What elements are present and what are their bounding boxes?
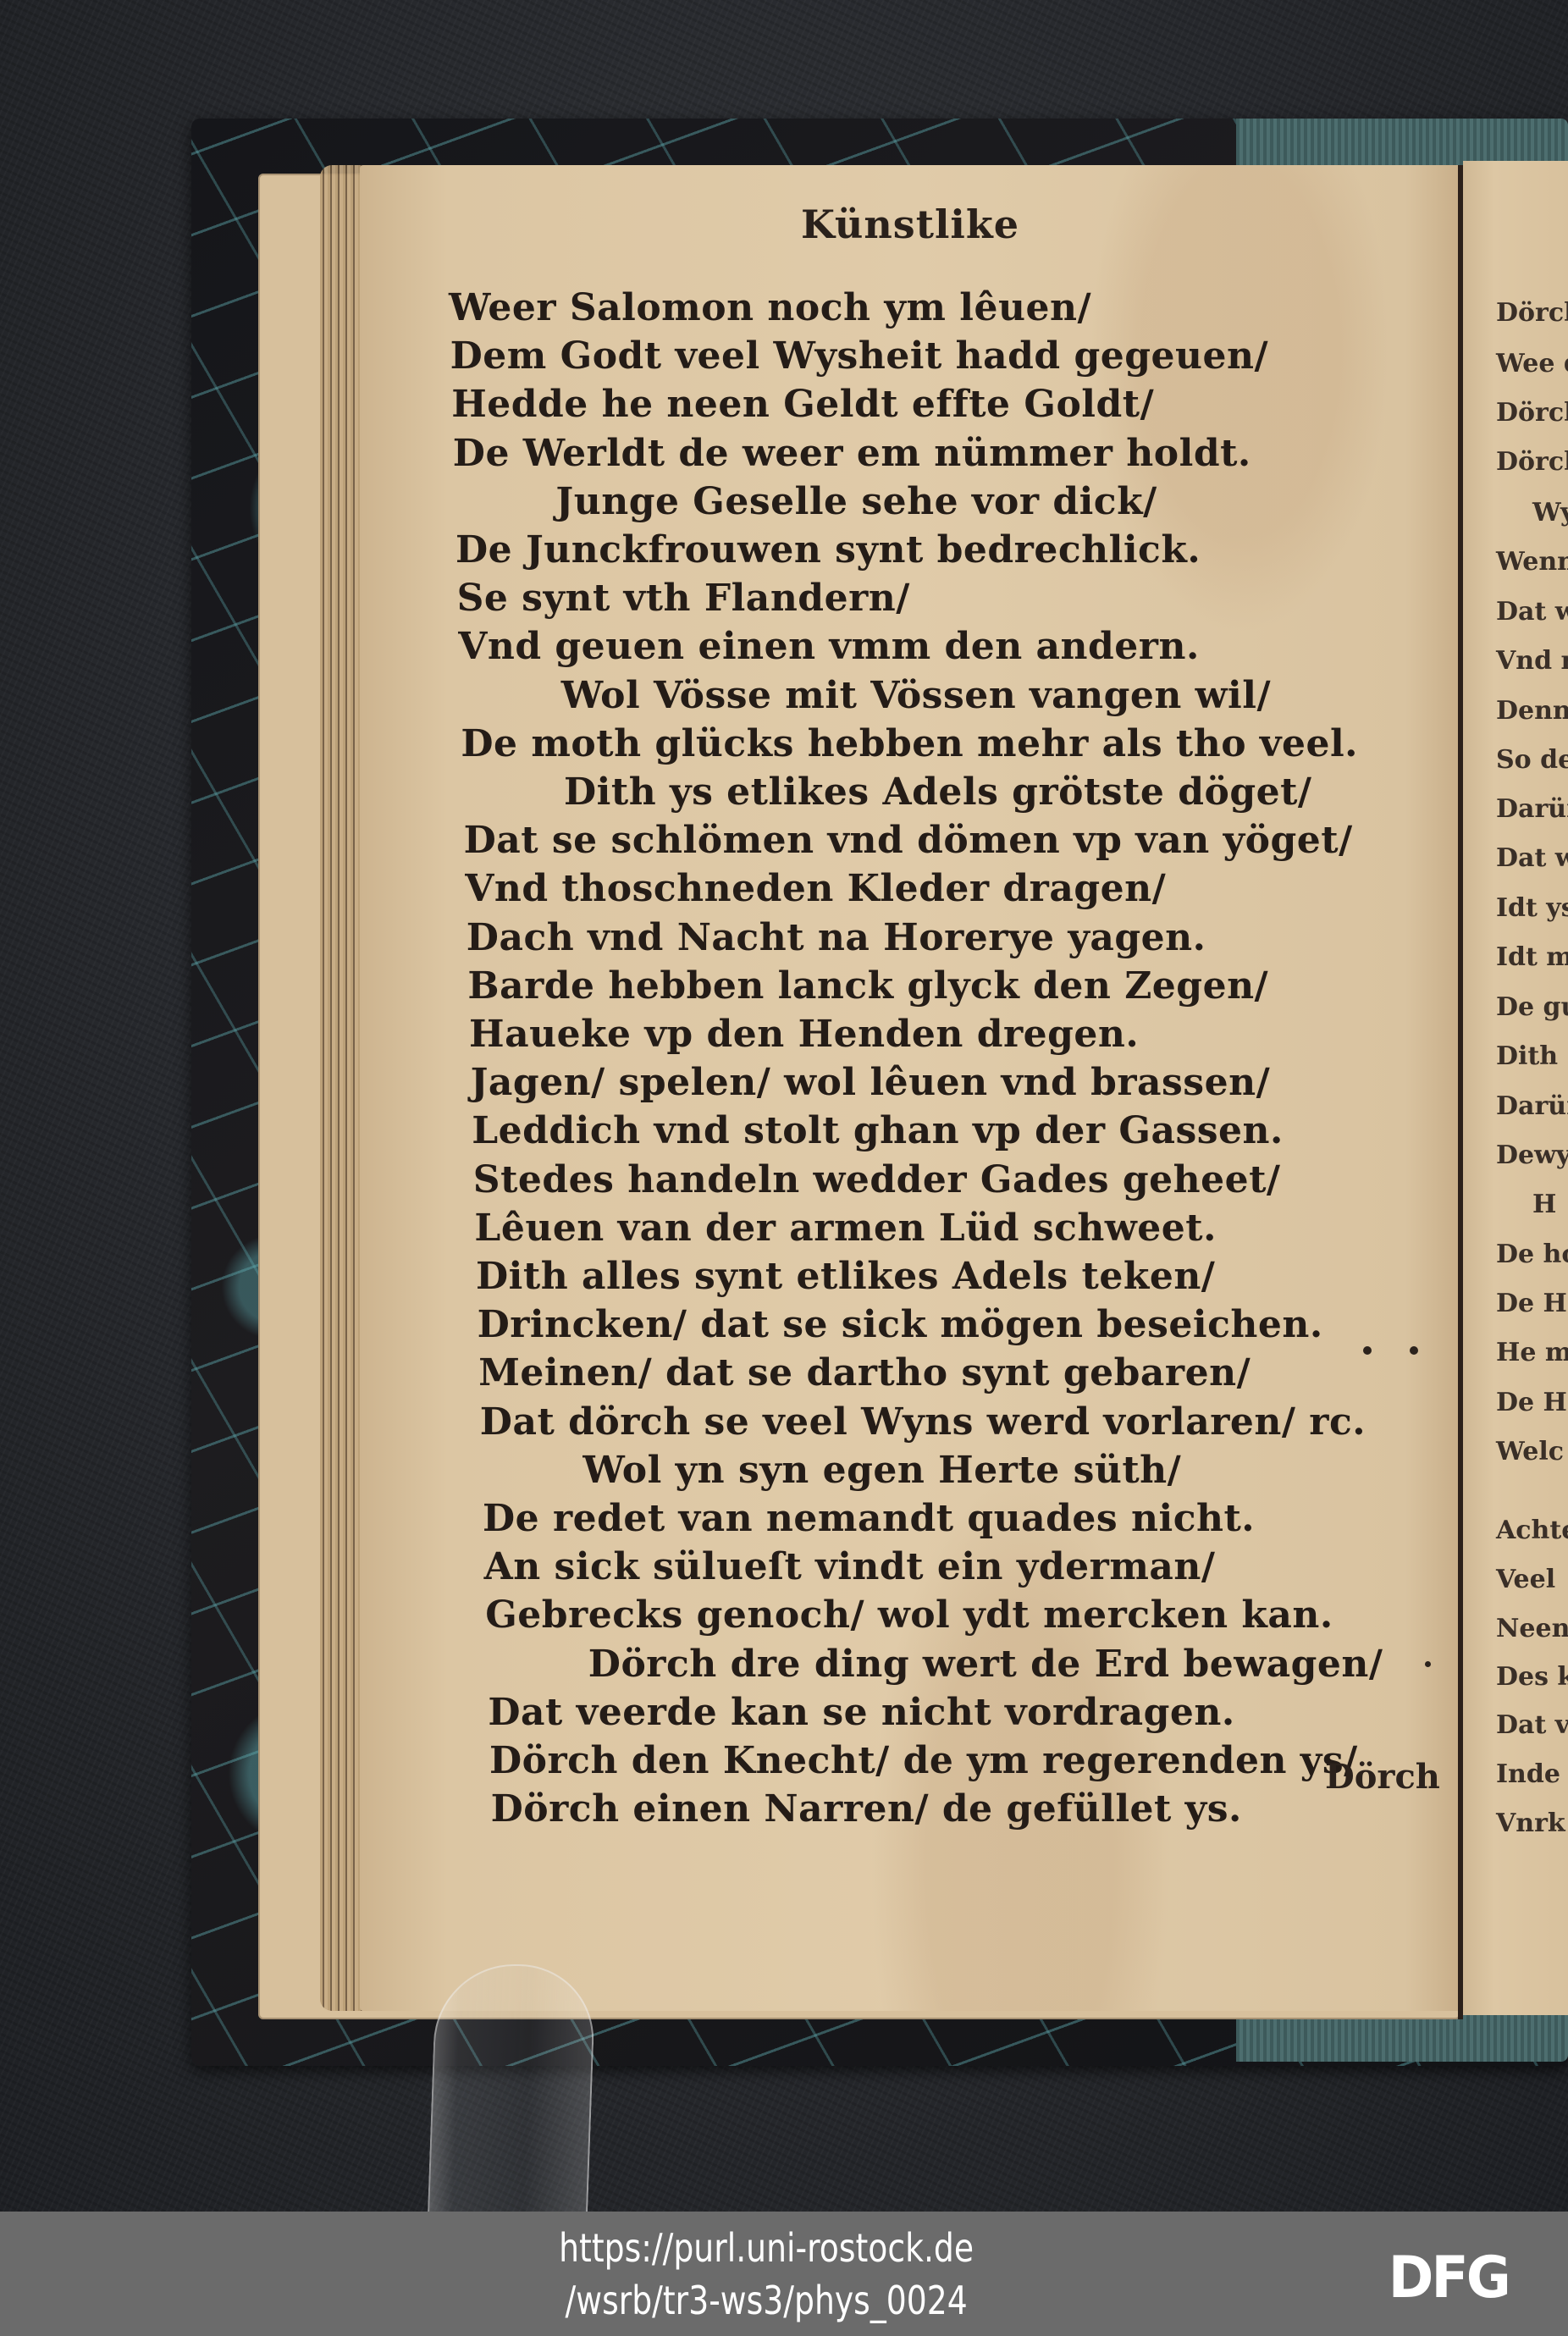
right-page-line: Inde [1496,1759,1560,1789]
verse-line: Barde hebben lanck glyck den Zegen/ [467,962,1268,1010]
ink-mark [1410,1346,1418,1355]
permalink[interactable]: https://purl.uni-rostock.de /wsrb/tr3-ws… [124,2212,1410,2327]
verse-line: Dörch den Knecht/ de ym regerenden ys/ [489,1737,1358,1785]
right-page-line: Welc [1496,1437,1564,1466]
footer-bar: https://purl.uni-rostock.de /wsrb/tr3-ws… [0,2212,1568,2336]
right-page-line: Veel [1496,1565,1555,1594]
verse-line: De moth glücks hebben mehr als tho veel. [461,720,1358,768]
verse-line: Dith ys etlikes Adels grötste döget/ [564,768,1311,816]
right-page-line: Neen [1496,1614,1568,1643]
verse-line: Jagen/ spelen/ wol lêuen vnd brassen/ [471,1058,1271,1107]
verse-line: Dat se schlömen vnd dömen vp van yöget/ [464,816,1353,864]
right-page-line: Wee dem [1496,349,1568,378]
right-page-line: De Ho [1496,1289,1568,1318]
glass-page-weight [428,1964,597,2220]
running-head: Künstlike [360,202,1460,247]
right-page-line: Vnd na [1496,646,1568,676]
verse-line: Dith alles synt etlikes Adels teken/ [476,1252,1215,1301]
right-page-line: Dörch ein [1496,398,1568,428]
right-page-line: Dat wy [1496,597,1568,627]
verse-line: Junge Geselle sehe vor dick/ [555,478,1157,526]
right-page-line: Wenn w [1496,547,1568,577]
right-page-line: De hold [1496,1240,1568,1269]
verse-line: Weer Salomon noch ym lêuen/ [449,284,1091,332]
right-page-line: Des k [1496,1662,1568,1692]
right-page-line: Dith S [1496,1041,1568,1071]
verse-line: De Junckfrouwen synt bedrechlick. [455,526,1201,574]
verse-line: Hedde he neen Geldt effte Goldt/ [451,380,1154,428]
permalink-line-2: /wsrb/tr3-ws3/phys_0024 [124,2274,1410,2327]
verse-line: De redet van nemandt quades nicht. [483,1494,1255,1543]
verse-line: Dach vnd Nacht na Horerye yagen. [467,914,1206,962]
right-page-line: Dörch ein [1496,298,1568,328]
right-page-line: De gud [1496,992,1568,1022]
verse-line: Drincken/ dat se sick mögen beseichen. [478,1301,1323,1349]
verse-line: Haueke vp den Henden dregen. [469,1010,1139,1058]
verse-line: Vnd geuen einen vmm den andern. [458,622,1200,671]
verse-line: Dat dörch se veel Wyns werd vorlaren/ rc… [480,1398,1366,1446]
verse-line: Vnd thoschneden Kleder dragen/ [465,864,1166,913]
right-page-line: Dat wy [1496,843,1568,873]
verse-line: Lêuen van der armen Lüd schweet. [474,1204,1217,1252]
verse-line: Se synt vth Flandern/ [457,574,910,622]
right-page-line: Dat v [1496,1710,1568,1740]
verse-line: An sick sülueſt vindt ein yderman/ [484,1543,1216,1591]
right-page-line: So deit [1496,745,1568,775]
right-page-line: Denn w [1496,696,1568,726]
right-page-line: Vnrk [1496,1809,1565,1838]
right-page-line: Idt mö [1496,942,1568,972]
verse-line: Meinen/ dat se dartho synt gebaren/ [478,1349,1251,1397]
catchword: Dörch [1325,1757,1440,1797]
verse-line: Wol yn syn egen Herte süth/ [582,1446,1181,1494]
right-page-line: He mo [1496,1338,1568,1367]
ink-mark [1425,1661,1431,1667]
verse-line: Stedes handeln wedder Gades geheet/ [473,1156,1281,1204]
right-page-line: Darüm [1496,794,1568,824]
verse-line: Dem Godt veel Wysheit hadd gegeuen/ [450,332,1269,380]
dfg-logo: DFG [1389,2250,1509,2307]
verse-line: Dat veerde kan se nicht vordragen. [488,1688,1234,1737]
right-page-line: Dörch söl [1496,447,1568,477]
right-page-line: Dewyl [1496,1140,1568,1170]
verse-line: Dörch einen Narren/ de gefüllet ys. [491,1785,1242,1833]
verse-line: Wol Vösse mit Vössen vangen wil/ [561,671,1271,720]
right-page-line: Achte [1496,1516,1568,1545]
verse-line: Leddich vnd stolt ghan vp der Gassen. [472,1107,1284,1155]
right-page-line: Darüm [1496,1091,1568,1121]
verse-line: De Werldt de weer em nümmer holdt. [453,429,1251,478]
verse-line: Gebrecks genoch/ wol ydt mercken kan. [485,1591,1333,1639]
right-page-line: Wy [1532,498,1568,527]
ink-mark [1363,1346,1372,1355]
right-page-line: Idt ys e [1496,893,1568,923]
verse-line: Dörch dre ding wert de Erd bewagen/ [588,1640,1383,1688]
right-page-line: De H [1496,1388,1567,1417]
page-edges [320,165,362,2011]
right-page-line: H [1532,1190,1556,1219]
permalink-line-1: https://purl.uni-rostock.de [124,2222,1410,2274]
